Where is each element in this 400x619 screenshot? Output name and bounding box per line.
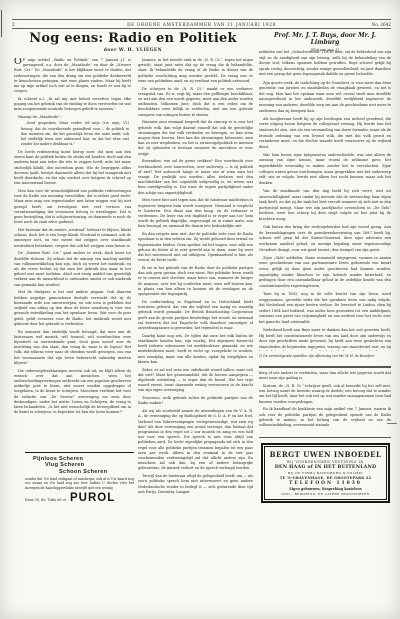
page-number: 2 xyxy=(12,22,46,27)
paragraph: Men voere hier niet tegen aan, dat de lu… xyxy=(138,198,253,229)
paragraph: Kortom, de „N. R. Ct.”-schrijver geeft, … xyxy=(259,384,391,405)
paragraph: artikelen van het „Schoolverbond” (1876)… xyxy=(259,50,391,78)
issue-number: No. 2642 xyxy=(357,22,391,27)
masthead: 2 DE GROENE AMSTERDAMMER VAN 21 JANUARI … xyxy=(12,19,391,29)
paragraph: Zijne „Gids”-artikelen, thans verzameld … xyxy=(259,256,391,290)
article-title: Nog eens: Radio en Politiek xyxy=(14,31,252,46)
newspaper-page: 2 DE GROENE AMSTERDAMMER VAN 21 JANUARI … xyxy=(0,0,400,619)
bergt-ad-line: DEN HAAG of IN HET BUITENLAND xyxy=(265,465,385,470)
bergt-ad-line: BIJ DE FIRMA BATENBURG & POLMEI xyxy=(265,471,385,475)
bergt-ad-phone: TELEFOON 11030 xyxy=(265,481,385,486)
paragraph: Met de drukpers is het niet anders gegaa… xyxy=(14,290,131,326)
bergt-ad-line: Eigen gebouwen, Bespreking kosteloos xyxy=(265,487,385,491)
paragraph: Ik zie in het gebruik van de Radio door … xyxy=(138,266,253,297)
purol-slogan-3: Schoon Scheren xyxy=(59,469,134,476)
paragraph: Wat hem boven zijne tijdgenooten ondersc… xyxy=(259,153,391,187)
paragraph: Immers, in het tweede stuk in de „N. R. … xyxy=(138,58,253,84)
bergt-ad-line: TE 'S-GRAVENHAGE, DE GROOTEPARK 22 xyxy=(265,476,385,480)
paragraph-text: P mijn artikel „Radio en Politiek” van 7… xyxy=(14,58,131,93)
paragraph: En dan vergete men niet, dat de politiek… xyxy=(138,232,253,263)
paragraph: Terwijl dan de luisteraar altijd de gele… xyxy=(138,474,253,495)
quote-intro: Waarop de „Maasbode”: xyxy=(14,115,131,120)
bergt-ad-frame: BERGT UWEN INBOEDEL BIJ VOORGENOMEN VEST… xyxy=(264,446,386,499)
scan-margin-artifact xyxy=(387,423,397,424)
paragraph: Men kan over de wenschelijkheid van poli… xyxy=(14,189,131,225)
paragraph: Nederland heeft aan Buys meer te danken … xyxy=(259,328,391,351)
paragraph: De schrijver in de „N. R. Ct.” maakt er … xyxy=(138,87,253,118)
ad-divider-rule xyxy=(259,437,391,438)
purol-price: Doos 30, 60, Tube 80 ct. xyxy=(25,498,67,502)
bergt-advertisement: BERGT UWEN INBOEDEL BIJ VOORGENOMEN VEST… xyxy=(261,443,390,503)
buys-article-header: Prof. Mr. J. T. Buys, door Mr. J. Limbur… xyxy=(259,32,391,52)
bergt-ad-line: INSL., BEWARING, EN LATERE TRANSPORTEN xyxy=(265,492,385,496)
paragraph: Daarbij komt nog iets. De tijden dat men… xyxy=(138,334,253,365)
paragraph: Bovendien: wie zal de grens trekken? Een… xyxy=(138,159,253,195)
column-3-article-tail: berg of iets anders te verbinden, waar d… xyxy=(259,371,391,434)
masthead-title: DE GROENE AMSTERDAMMER VAN 21 JANUARI 19… xyxy=(46,22,357,27)
paragraph: De ondervinding in Engeland en in Duitsc… xyxy=(138,300,253,331)
dropcap-letter: O xyxy=(14,58,23,67)
paragraph: OP mijn artikel „Radio en Politiek” van … xyxy=(14,58,131,94)
paragraph: berg of iets anders te verbinden, waar d… xyxy=(259,371,391,381)
paragraph: Als wij als voorbeeld nemen de uitzendin… xyxy=(138,409,253,471)
paragraph: De „Nieuwe Rott. Crt.” gaat anders te we… xyxy=(14,251,131,287)
footnote: 1) De eerstvolgende opstellen zijn afkom… xyxy=(259,354,391,358)
purol-ad-text: zonder dat Uw huid stukgaat of naschrijn… xyxy=(25,477,134,490)
paragraph: Zeker, er zal wel eens een onbekookt woo… xyxy=(138,368,253,394)
quote-block: „Goed gesproken. Maar verder wil mijn (t… xyxy=(21,121,129,147)
purol-brand-name: PUROL xyxy=(70,492,115,504)
purol-brand-row: Doos 30, 60, Tube 80 ct. PUROL xyxy=(25,492,134,504)
buys-article-title: Prof. Mr. J. T. Buys, door Mr. J. Limbur… xyxy=(259,32,391,46)
purol-slogan-2: Vlug Scheren xyxy=(45,462,134,469)
paragraph: Zijn groote werk, de toelichting op de G… xyxy=(259,81,391,115)
paragraph: Toen hij in 1893, nog in de volle kracht… xyxy=(259,292,391,326)
article-headline: Nog eens: Radio en Politiek door W. H. V… xyxy=(14,31,252,53)
article-byline: door W. H. VLIEGEN xyxy=(14,48,252,53)
paragraph: Het bezwaar dat de zender „neutraal” beh… xyxy=(14,228,131,249)
bergt-ad-headline: BERGT UWEN INBOEDEL xyxy=(265,450,385,459)
column-2: Immers, in het tweede stuk in de „N. R. … xyxy=(138,58,253,507)
paragraph: Die onbevoegdverklaringen moeten ook uit… xyxy=(14,369,131,416)
purol-slogan-1: Pijnloos Scheren xyxy=(33,456,134,463)
paragraph: Als hoogleeraar heeft hij op zijn leerli… xyxy=(259,117,391,151)
paragraph: Ook buiten den kring der rechtsgeleerden… xyxy=(259,225,391,253)
paragraph: Trouwens, welk gebruik zullen de politie… xyxy=(138,396,253,406)
paragraph: En wanneer dan eindelijk wordt betoogd, … xyxy=(14,330,131,366)
paragraph: Van de staatkunde van den dag hield hij … xyxy=(259,189,391,223)
section-divider-rule xyxy=(259,366,391,368)
paragraph: Ik schreef n.l. „ik zal mij met beleid v… xyxy=(14,97,131,113)
paragraph: De heele redeneering komt hierop neer, d… xyxy=(14,150,131,186)
purol-advertisement: Pijnloos Scheren Vlug Scheren Schoon Sch… xyxy=(25,452,134,504)
bergt-ad-line: BIJ VOORGENOMEN VESTIGING IN xyxy=(265,460,385,464)
column-3-buys: artikelen van het „Schoolverbond” (1876)… xyxy=(259,50,391,351)
paragraph: Wanneer men eenmaal toegeeft dat de omro… xyxy=(138,120,253,156)
column-1: OP mijn artikel „Radio en Politiek” van … xyxy=(14,58,131,449)
paragraph: En ik handhaaf de konklusie van mijn art… xyxy=(259,407,391,428)
scan-edge-artifact xyxy=(1,10,2,37)
